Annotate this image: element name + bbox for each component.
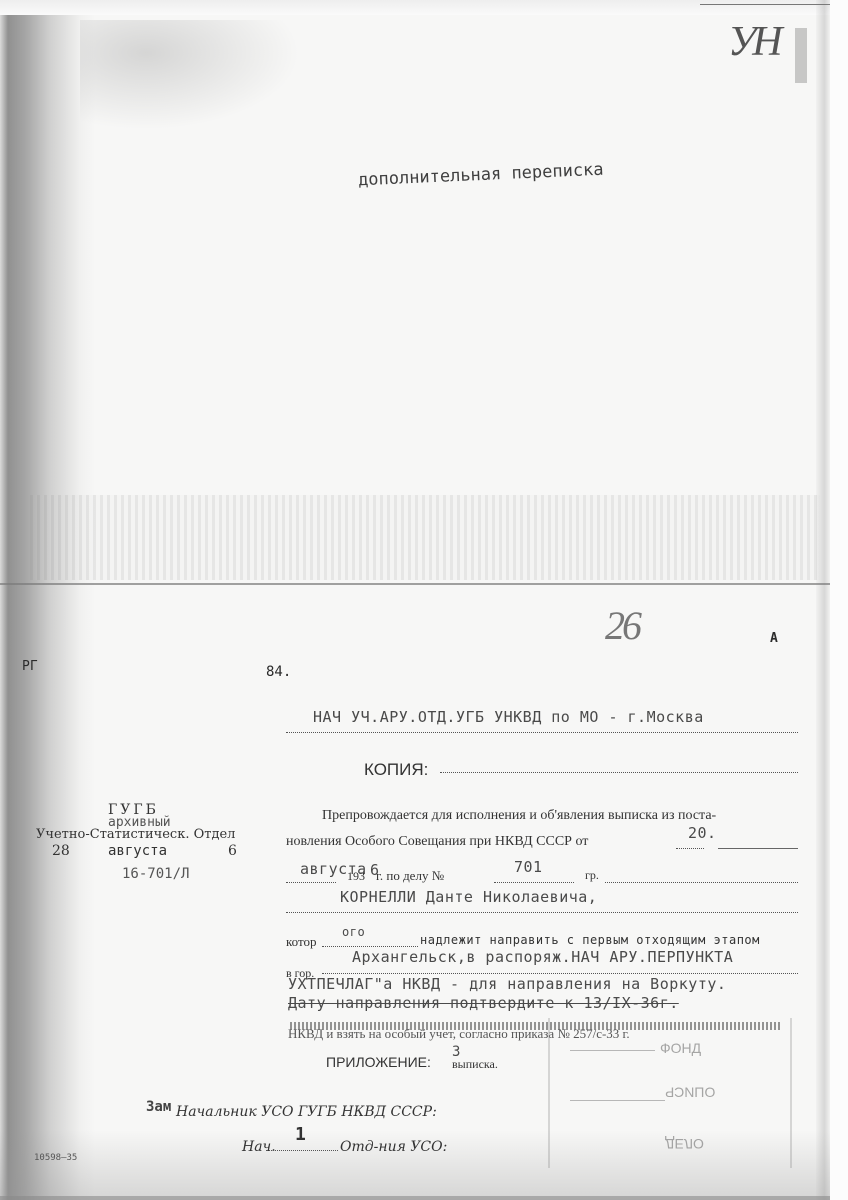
destination-line-3: Дату направления подтвердите к 13/IX-36г… [288,994,679,1012]
case-number: 701 [514,858,543,876]
person-name: КОРНЕЛЛИ Данте Николаевича, [340,888,597,906]
month-underline [286,882,336,883]
copy-underline [440,772,798,773]
city-underline [322,973,798,974]
gr-underline [605,882,798,883]
sub-department-prefix: Нач. [242,1139,276,1155]
outgoing-number: 84. [266,664,291,680]
name-underline [286,912,798,913]
scan-right-shadow [816,0,830,1200]
day-underline [676,848,704,849]
delo-label: ДЕЛО [665,1136,704,1152]
toner-smudge [80,20,300,130]
deputy-mark: Зам [146,1099,171,1115]
body-line-1: Препровождается для исполнения и об'явле… [322,808,716,824]
opis-line [570,1100,665,1101]
destination-line-1: Архангельск,в распоряж.НАЧ АРУ.ПЕРПУНКТА [352,948,733,966]
case-underline [494,882,574,883]
year-prefix: 193 [347,869,365,884]
body-line-2: новления Особого Совещания при НКВД СССР… [286,834,588,850]
handwritten-folio-number: 26 [605,602,639,649]
stamp-month: августа [108,843,167,859]
sheet-fold-line [0,583,830,585]
attachment-text: выписка. [452,1057,498,1072]
scan-top-edge [0,0,848,15]
attachment-label: ПРИЛОЖЕНИЕ: [326,1054,431,1070]
toner-band [30,495,820,580]
stamp-prefix: РГ [22,659,38,674]
stamp-reference: 16-701/Л [122,866,189,882]
gr-label: гр. [585,868,599,883]
fond-line [570,1050,655,1051]
scan-bottom-edge [0,1196,830,1200]
scan-left-shadow [0,15,95,1200]
kotor-fill: ого [342,925,365,939]
copy-label: КОПИЯ: [364,760,428,780]
kotor-label: котор [286,934,317,950]
kotor-underline [322,946,418,947]
fond-label: ФОНД [660,1040,701,1056]
corner-toner-mark [795,28,807,83]
signatory-title: Начальник УСО ГУГБ НКВД СССР: [176,1104,437,1120]
decree-day: 20. [688,824,717,842]
case-label: г. по делу № [376,868,444,884]
sub-department-suffix: Отд-ния УСО: [340,1139,447,1155]
sub-department-underline [266,1150,338,1151]
addressee-line: НАЧ УЧ.АРУ.ОТД.УГБ УНКВД по МО - г.Москв… [313,708,704,726]
destination-line-2: УХТПЕЧЛАГ"а НКВД - для направления на Во… [288,975,726,993]
stamp-year: 6 [228,843,237,859]
stamp-day: 28 [52,843,70,859]
archive-box-stamp: ФОНД ОПИСЬ ДЕЛО [548,1018,792,1168]
department-name: Учетно-Статистическ. Отдел [36,827,235,842]
sub-department-number: 1 [295,1124,306,1145]
opis-label: ОПИСЬ [665,1084,715,1100]
day-underline-2 [718,848,798,849]
letter-mark: А [770,631,778,646]
form-number: 10598—35 [34,1153,77,1163]
send-instruction: надлежит направить с первым отходящим эт… [420,933,760,947]
scan-right-margin [830,0,848,1200]
handwritten-corner-mark: УН [728,18,779,66]
addressee-underline [286,732,798,733]
paper-edge-line [700,4,830,5]
